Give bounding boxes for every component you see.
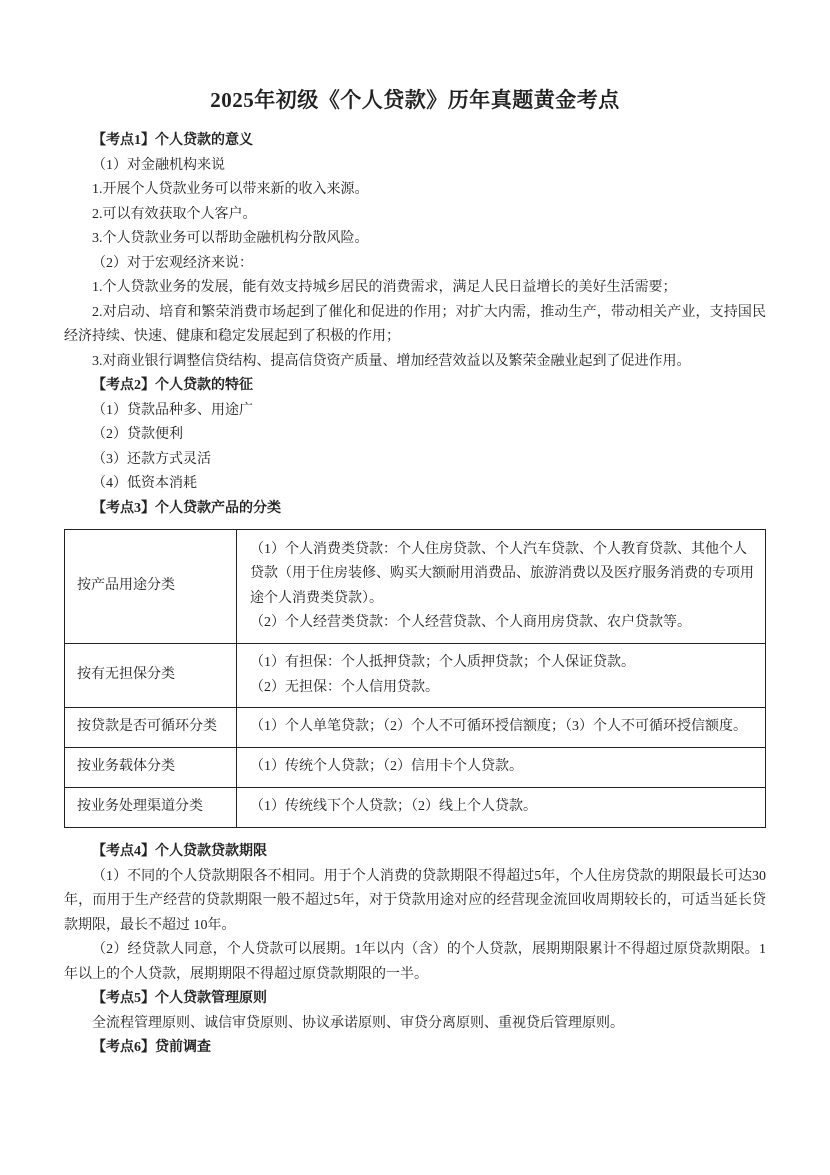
category-cell: 按业务处理渠道分类 [65,788,237,828]
paragraph: （1）贷款品种多、用途广 [64,399,766,424]
table-row: 按业务处理渠道分类 （1）传统线下个人贷款；（2）线上个人贷款。 [65,788,766,828]
paragraph: （4）低资本消耗 [64,472,766,497]
table-row: 按业务载体分类 （1）传统个人贷款；（2）信用卡个人贷款。 [65,748,766,788]
section-heading-kaodian6: 【考点6】贷前调查 [64,1036,766,1061]
section-heading-kaodian3: 【考点3】个人贷款产品的分类 [64,497,766,522]
category-cell: 按产品用途分类 [65,530,237,644]
paragraph: 1.个人贷款业务的发展，能有效支持城乡居民的消费需求，满足人民日益增长的美好生活… [64,276,766,301]
detail-cell: （1）有担保：个人抵押贷款；个人质押贷款；个人保证贷款。 （2）无担保：个人信用… [237,644,766,708]
paragraph: 全流程管理原则、诚信审贷原则、协议承诺原则、审贷分离原则、重视贷后管理原则。 [64,1012,766,1037]
document-page: 2025年初级《个人贷款》历年真题黄金考点 【考点1】个人贷款的意义 （1）对金… [0,0,830,1175]
detail-line: （1）个人消费类贷款：个人住房贷款、个人汽车贷款、个人教育贷款、其他个人贷款（用… [250,538,755,612]
paragraph: （2）贷款便利 [64,423,766,448]
table-row: 按贷款是否可循环分类 （1）个人单笔贷款；（2）个人不可循环授信额度；（3）个人… [65,708,766,748]
paragraph: 2.可以有效获取个人客户。 [64,203,766,228]
category-cell: 按有无担保分类 [65,644,237,708]
detail-cell: （1）传统线下个人贷款；（2）线上个人贷款。 [237,788,766,828]
paragraph: 1.开展个人贷款业务可以带来新的收入来源。 [64,178,766,203]
section-heading-kaodian4: 【考点4】个人贷款贷款期限 [64,840,766,865]
paragraph: 3.对商业银行调整信贷结构、提高信贷资产质量、增加经营效益以及繁荣金融业起到了促… [64,350,766,375]
section-heading-kaodian2: 【考点2】个人贷款的特征 [64,374,766,399]
paragraph: （2）对于宏观经济来说： [64,252,766,277]
classification-table: 按产品用途分类 （1）个人消费类贷款：个人住房贷款、个人汽车贷款、个人教育贷款、… [64,529,766,828]
section-heading-kaodian5: 【考点5】个人贷款管理原则 [64,987,766,1012]
detail-cell: （1）个人消费类贷款：个人住房贷款、个人汽车贷款、个人教育贷款、其他个人贷款（用… [237,530,766,644]
detail-line: （1）有担保：个人抵押贷款；个人质押贷款；个人保证贷款。 [250,651,755,676]
section-heading-kaodian1: 【考点1】个人贷款的意义 [64,129,766,154]
detail-cell: （1）传统个人贷款；（2）信用卡个人贷款。 [237,748,766,788]
paragraph: （3）还款方式灵活 [64,448,766,473]
detail-line: （2）无担保：个人信用贷款。 [250,676,755,701]
paragraph: 3.个人贷款业务可以帮助金融机构分散风险。 [64,227,766,252]
category-cell: 按贷款是否可循环分类 [65,708,237,748]
paragraph: 2.对启动、培育和繁荣消费市场起到了催化和促进的作用；对扩大内需，推动生产，带动… [64,301,766,350]
detail-cell: （1）个人单笔贷款；（2）个人不可循环授信额度；（3）个人不可循环授信额度。 [237,708,766,748]
detail-line: （1）传统线下个人贷款；（2）线上个人贷款。 [250,795,755,820]
paragraph: （1）不同的个人贷款期限各不相同。用于个人消费的贷款期限不得超过5年，个人住房贷… [64,865,766,939]
paragraph: （1）对金融机构来说 [64,154,766,179]
table-row: 按产品用途分类 （1）个人消费类贷款：个人住房贷款、个人汽车贷款、个人教育贷款、… [65,530,766,644]
table-row: 按有无担保分类 （1）有担保：个人抵押贷款；个人质押贷款；个人保证贷款。 （2）… [65,644,766,708]
category-cell: 按业务载体分类 [65,748,237,788]
detail-line: （1）个人单笔贷款；（2）个人不可循环授信额度；（3）个人不可循环授信额度。 [250,715,755,740]
paragraph: （2）经贷款人同意，个人贷款可以展期。1年以内（含）的个人贷款，展期期限累计不得… [64,938,766,987]
page-title: 2025年初级《个人贷款》历年真题黄金考点 [64,86,766,114]
detail-line: （2）个人经营类贷款：个人经营贷款、个人商用房贷款、农户贷款等。 [250,611,755,636]
detail-line: （1）传统个人贷款；（2）信用卡个人贷款。 [250,755,755,780]
